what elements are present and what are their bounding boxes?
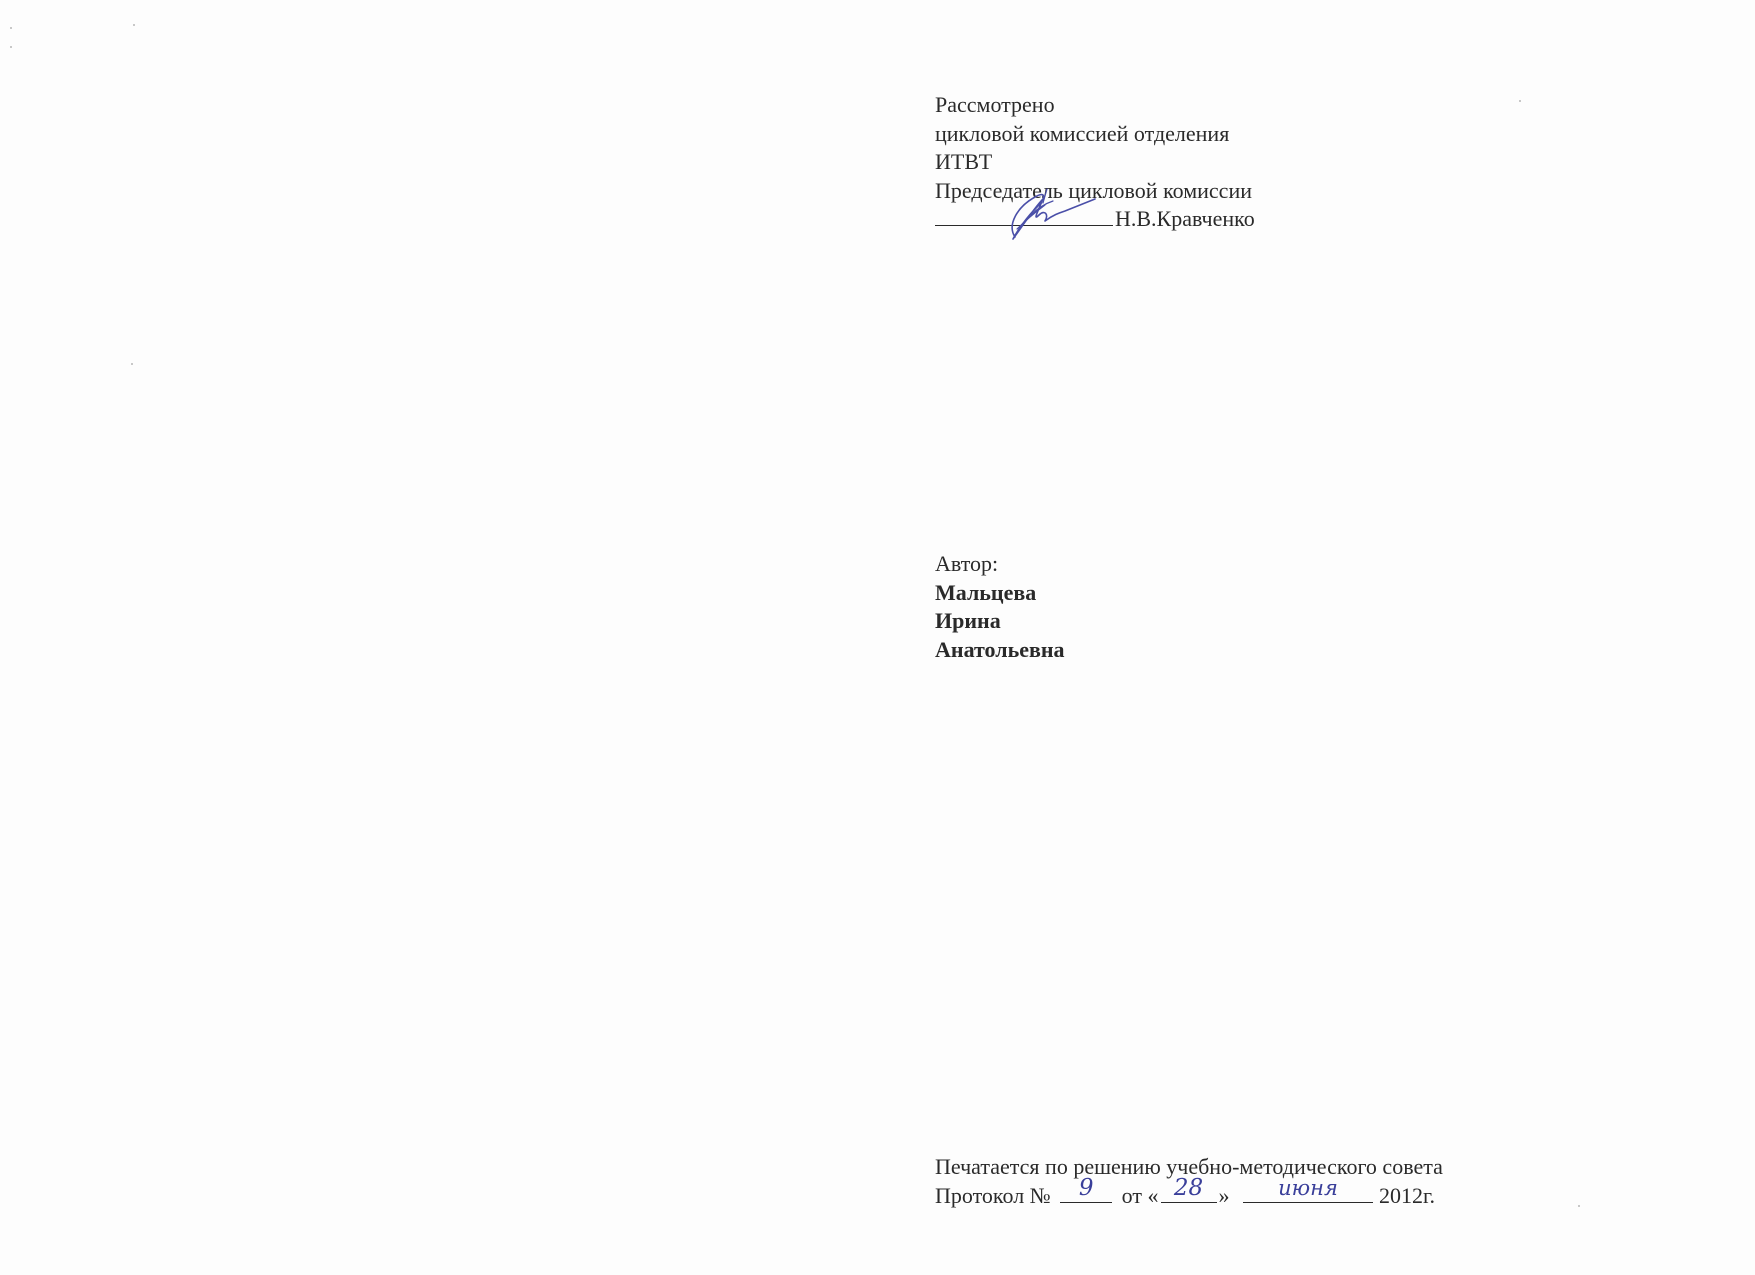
author-first-name: Ирина — [935, 607, 1065, 636]
protocol-label: Протокол № — [935, 1183, 1051, 1208]
print-approval-block: Печатается по решению учебно-методическо… — [935, 1153, 1443, 1210]
protocol-day-field: 28 — [1161, 1182, 1217, 1203]
protocol-from-label: от « — [1122, 1183, 1159, 1208]
protocol-row: Протокол № 9 от «28» июня2012г. — [935, 1182, 1443, 1211]
review-title: Рассмотрено — [935, 91, 1255, 120]
scan-speck — [10, 46, 12, 48]
protocol-year: 2012г. — [1379, 1183, 1435, 1208]
review-block: Рассмотрено цикловой комиссией отделения… — [935, 91, 1255, 234]
review-committee: цикловой комиссией отделения — [935, 120, 1255, 149]
protocol-number-field: 9 — [1060, 1182, 1112, 1203]
author-last-name: Мальцева — [935, 579, 1065, 608]
scan-speck — [133, 24, 135, 26]
review-department: ИТВТ — [935, 148, 1255, 177]
signature-row: Н.В.Кравченко — [935, 205, 1255, 234]
scan-speck — [1519, 100, 1521, 102]
author-patronymic: Анатольевна — [935, 636, 1065, 665]
protocol-number-value: 9 — [1060, 1176, 1112, 1200]
signer-name: Н.В.Кравченко — [1115, 206, 1255, 231]
protocol-day-value: 28 — [1161, 1176, 1217, 1200]
protocol-close-quote: » — [1219, 1183, 1230, 1208]
scan-speck — [10, 27, 12, 29]
protocol-month-field: июня — [1243, 1182, 1373, 1203]
signature-line — [935, 205, 1113, 226]
protocol-month-value: июня — [1243, 1176, 1373, 1200]
review-chair-label: Председатель цикловой комиссии — [935, 177, 1255, 206]
author-label: Автор: — [935, 550, 1065, 579]
scan-speck — [131, 363, 133, 365]
scan-speck — [1578, 1205, 1580, 1207]
author-block: Автор: Мальцева Ирина Анатольевна — [935, 550, 1065, 664]
